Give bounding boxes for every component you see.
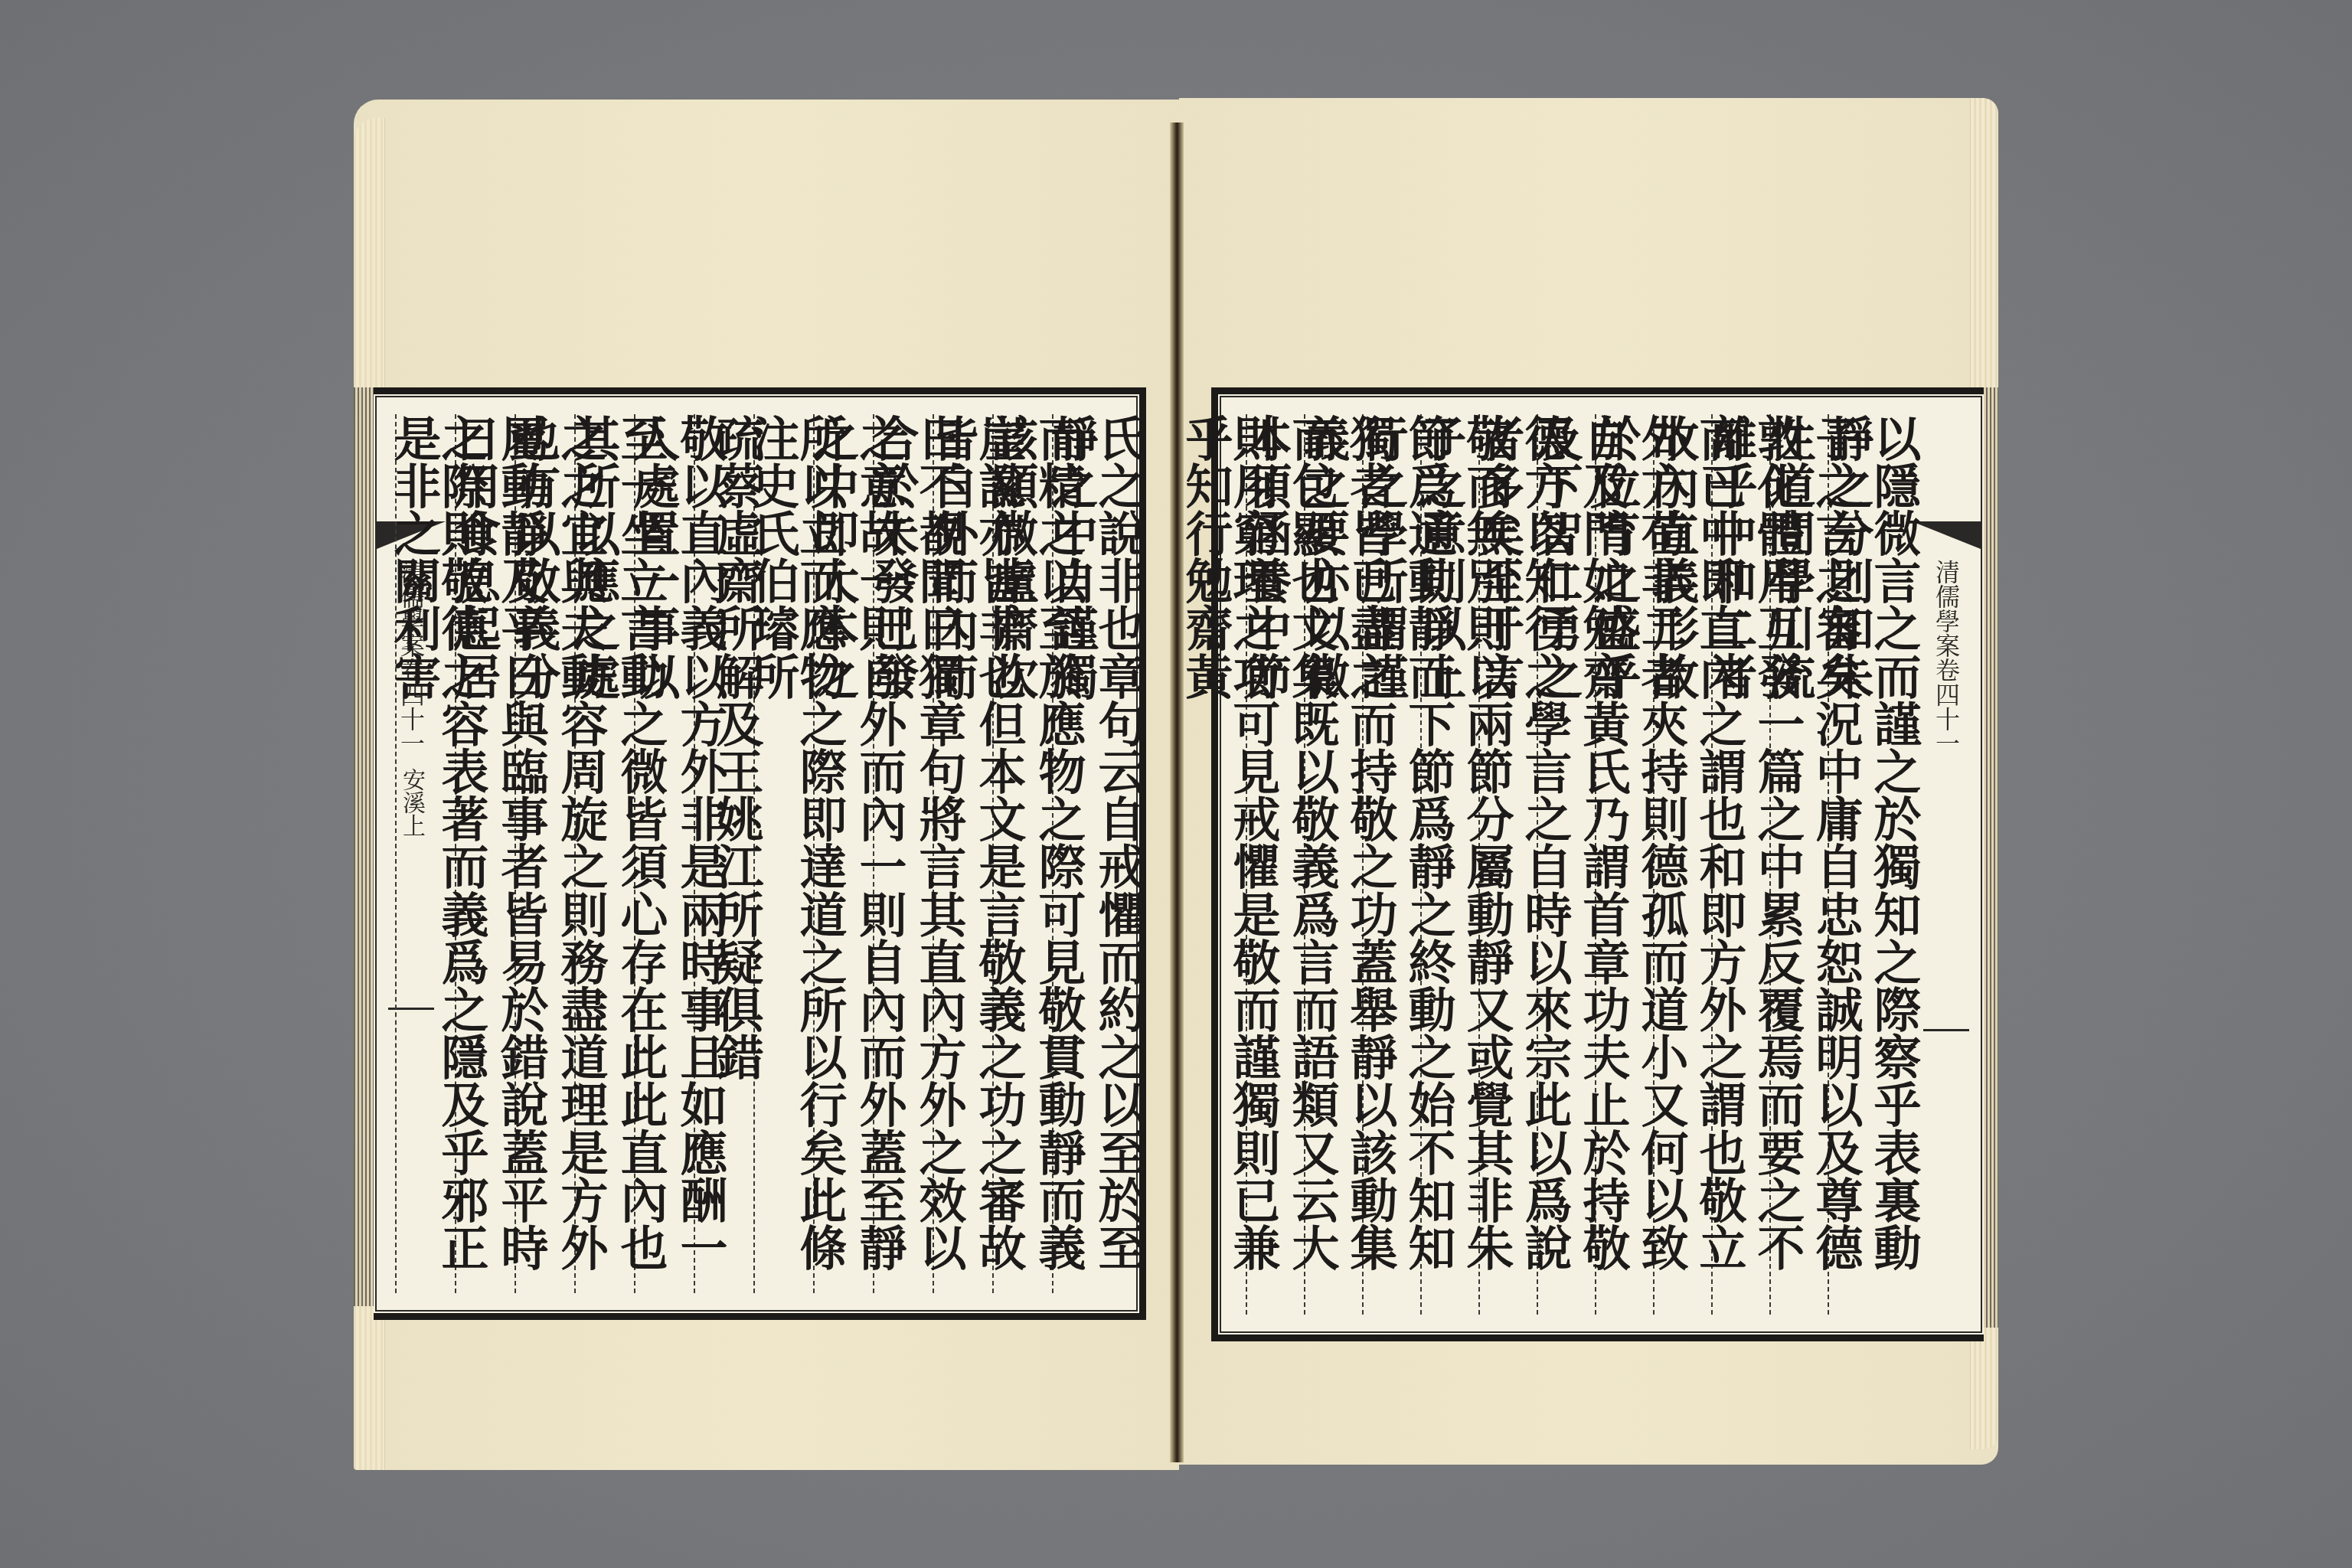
lower-fish-mark-icon <box>1923 998 1969 1031</box>
right-text-block: 清儒學案卷四十一 以隱微言之而謹之於獨知之際察乎表裏動靜之分則知朱 子之言之審矣… <box>1211 387 1984 1341</box>
right-banxin-title: 清儒學案卷四十一 <box>1934 560 1958 756</box>
left-text-block: 清儒學案卷四十一 安溪上 氏之說非也章句云自戒懼而約之以至於至靜之中自謹獨 而精… <box>374 387 1146 1320</box>
right-margin-banxin: 清儒學案卷四十一 <box>1912 414 1981 1315</box>
fish-tail-mark-icon <box>1912 521 1981 549</box>
text-column: 則用窮理之功可見戒懼是敬而謹獨則已兼乎知行勉齋黃 <box>1187 414 1270 1315</box>
left-page-edge-stack <box>354 387 374 1306</box>
text-column: 之際則敬德之容表著而義爲之隱及乎邪正是非之關利害 <box>395 414 478 1293</box>
